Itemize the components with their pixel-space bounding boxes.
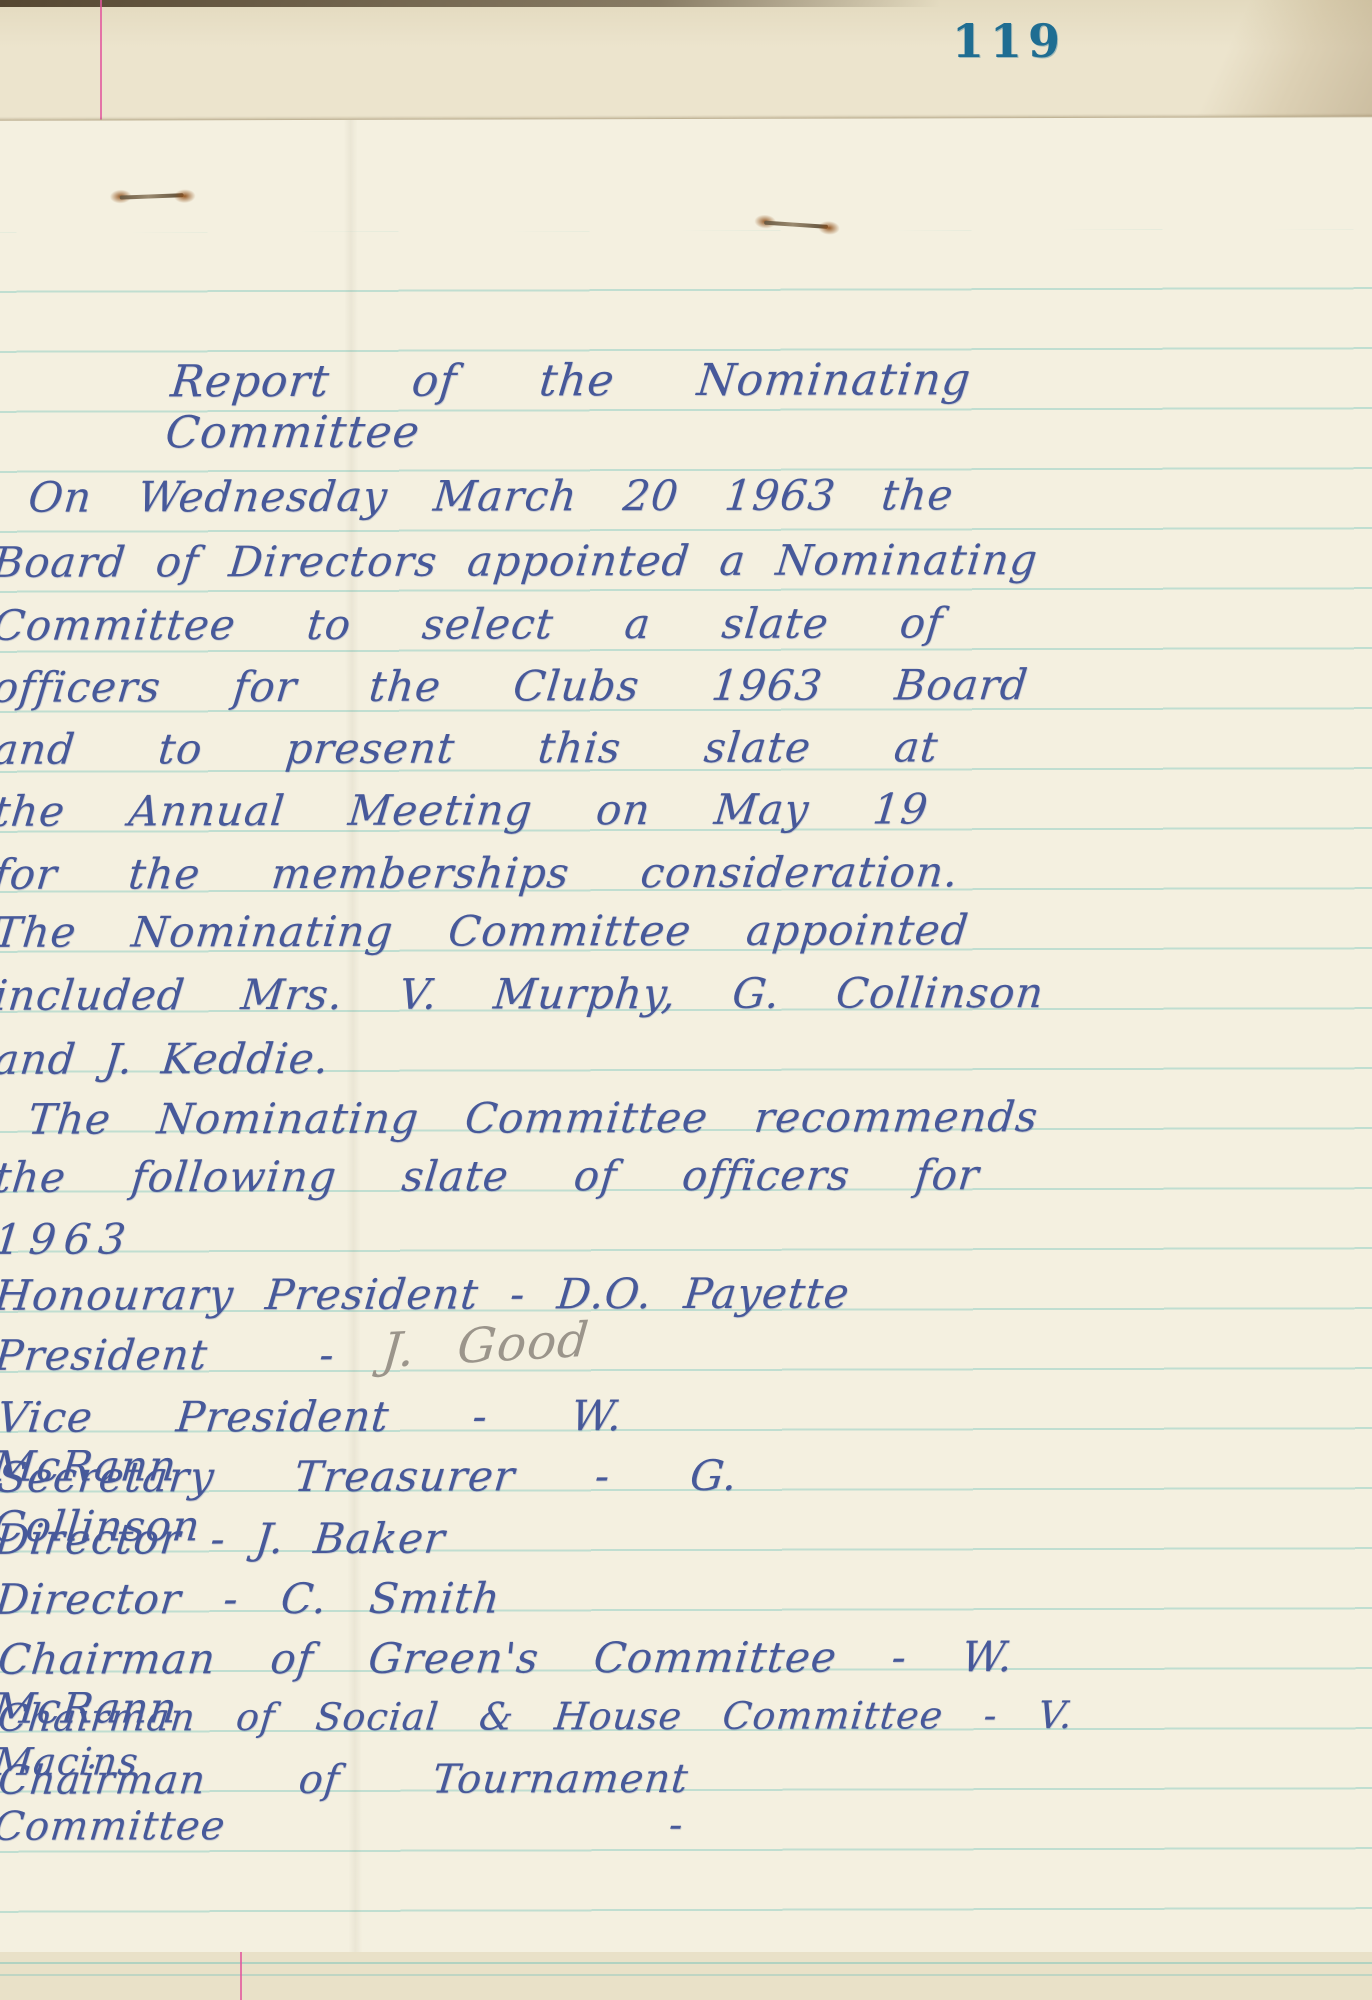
handwritten-line: the following slate of officers for: [0, 1150, 982, 1202]
page-corner-shading: [1032, 0, 1372, 120]
handwritten-line: and to present this slate at: [0, 722, 941, 773]
scanned-minute-book-page: 119 Report of the Nominating Committee O…: [0, 0, 1372, 2000]
staple-icon: [763, 213, 829, 243]
margin-line: [100, 0, 102, 122]
handwritten-line: Director - C. Smith: [0, 1573, 503, 1623]
ledger-page-bottom-strip: [0, 1952, 1372, 2000]
margin-line: [240, 1952, 242, 2000]
handwritten-line: Board of Directors appointed a Nominatin…: [0, 535, 1040, 587]
handwritten-line: 1963: [0, 1214, 136, 1263]
handwritten-line: Director - J. Baker: [0, 1514, 448, 1564]
handwritten-line: for the memberships consideration.: [0, 847, 961, 899]
handwritten-line: The Nominating Committee appointed: [0, 905, 971, 957]
handwritten-line: The Nominating Committee recommends: [26, 1092, 1041, 1144]
scan-dark-edge: [0, 0, 940, 7]
handwritten-line: and J. Keddie.: [0, 1034, 332, 1084]
page-number-stamp: 119: [952, 14, 1066, 68]
staple-icon: [119, 185, 184, 211]
handwritten-line: Committee to select a slate of: [0, 598, 945, 650]
ledger-page-top-strip: [0, 0, 1372, 120]
pencil-annotation: J. Good: [380, 1312, 592, 1379]
handwritten-line: the Annual Meeting on May 19: [0, 784, 931, 835]
document-title: Report of the Nominating Committee: [163, 354, 973, 458]
report-sheet: Report of the Nominating Committee On We…: [0, 116, 1372, 1959]
ledger-rule: [0, 1974, 1372, 1976]
handwritten-line: Honourary President - D.O. Payette: [0, 1269, 852, 1320]
handwritten-line: Chairman of Tournament Committee -: [0, 1756, 691, 1850]
handwritten-line: included Mrs. V. Murphy, G. Collinson: [0, 968, 1046, 1020]
handwritten-line: On Wednesday March 20 1963 the: [26, 470, 956, 521]
handwritten-line: officers for the Clubs 1963 Board: [0, 660, 1031, 712]
ledger-rule: [0, 1962, 1372, 1964]
handwritten-line: President -: [0, 1330, 337, 1380]
